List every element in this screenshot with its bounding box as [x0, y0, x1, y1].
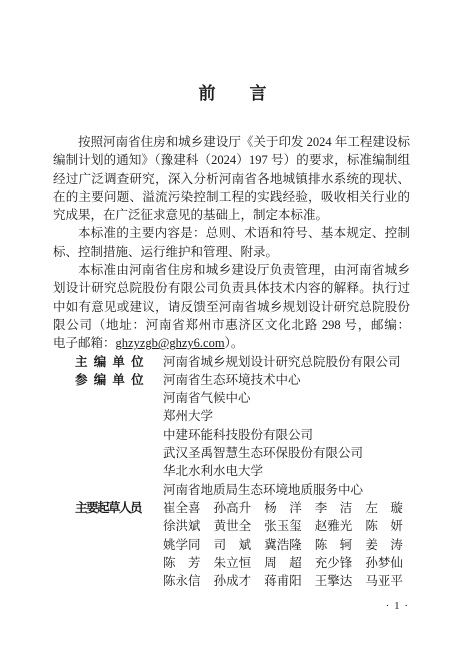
organization-item: 郑州大学 — [163, 407, 363, 425]
paragraph-contents: 本标准的主要内容是：总则、术语和符号、基本规定、控制目 标、控制措施、运行维护和… — [53, 224, 410, 261]
co-editors-list: 河南省生态环境技术中心 河南省气候中心 郑州大学 中建环能科技股份有限公司 武汉… — [163, 371, 363, 499]
document-page: 前 言 按照河南省住房和城乡建设厅《关于印发 2024 年工程建设标准 编制计划… — [0, 0, 465, 671]
organization-item: 河南省气候中心 — [163, 389, 363, 407]
drafter-name: 马亚平 — [365, 572, 416, 590]
text-line: 编制计划的通知》（豫建科（2024）197 号）的要求，标准编制组 — [53, 151, 410, 169]
drafter-name: 孙高升 — [214, 499, 265, 517]
drafter-name: 蒋甫阳 — [264, 572, 315, 590]
drafter-name: 杨 洋 — [264, 499, 315, 517]
chief-editor-label: 主编单位 — [75, 353, 143, 371]
organization-item: 武汉圣禹智慧生态环保股份有限公司 — [163, 444, 363, 462]
preface-content: 按照河南省住房和城乡建设厅《关于印发 2024 年工程建设标准 编制计划的通知》… — [53, 133, 410, 590]
drafter-name: 张玉玺 — [264, 517, 315, 535]
co-editors-label: 参编单位 — [75, 371, 143, 499]
drafter-name: 陈永信 — [163, 572, 214, 590]
text-line: 本标准由河南省住房和城乡建设厅负责管理，由河南省城乡规 — [53, 261, 410, 279]
co-editors-row: 参编单位 河南省生态环境技术中心 河南省气候中心 郑州大学 中建环能科技股份有限… — [75, 371, 410, 499]
text-line: 在的主要问题、溢流污染控制工程的实践经验，吸收相关行业的研 — [53, 188, 410, 206]
drafter-name: 赵雅光 — [315, 517, 366, 535]
email-suffix: ）。 — [225, 336, 244, 350]
drafter-name: 李 洁 — [315, 499, 366, 517]
text-line: 经过广泛调查研究，深入分析河南省各地城镇排水系统的现状、存 — [53, 170, 410, 188]
drafters-name-grid: 崔全喜 孙高升 杨 洋 李 洁 左 璇 徐洪斌 黄世全 张玉玺 赵雅光 陈 妍 … — [163, 499, 416, 590]
drafters-row: 主要起草人员 崔全喜 孙高升 杨 洋 李 洁 左 璇 徐洪斌 黄世全 张玉玺 赵… — [75, 499, 410, 590]
text-line: 中如有意见或建议，请反馈至河南省城乡规划设计研究总院股份有 — [53, 298, 410, 316]
drafter-name: 冀浩隆 — [264, 536, 315, 554]
drafter-name: 陈 轲 — [315, 536, 366, 554]
drafter-name: 司 斌 — [214, 536, 265, 554]
drafter-name: 徐洪斌 — [163, 517, 214, 535]
drafter-name: 姚学同 — [163, 536, 214, 554]
organization-item: 河南省地质局生态环境地质服务中心 — [163, 481, 363, 499]
drafter-name: 孙成才 — [214, 572, 265, 590]
email-prefix: 电子邮箱： — [53, 336, 116, 350]
drafter-name: 周 超 — [264, 554, 315, 572]
drafter-name: 王擎达 — [315, 572, 366, 590]
drafter-name: 崔全喜 — [163, 499, 214, 517]
chief-editor-value: 河南省城乡规划设计研究总院股份有限公司 — [163, 353, 401, 371]
paragraph-management: 本标准由河南省住房和城乡建设厅负责管理，由河南省城乡规 划设计研究总院股份有限公… — [53, 261, 410, 352]
drafter-name: 充少锋 — [315, 554, 366, 572]
text-line: 按照河南省住房和城乡建设厅《关于印发 2024 年工程建设标准 — [53, 133, 410, 151]
organization-item: 华北水利水电大学 — [163, 462, 363, 480]
text-line: 本标准的主要内容是：总则、术语和符号、基本规定、控制目 — [53, 224, 410, 242]
drafter-name: 陈 妍 — [365, 517, 416, 535]
drafter-name: 姜 涛 — [365, 536, 416, 554]
text-line: 限公司（地址：河南省郑州市惠济区文化北路 298 号，邮编：450044， — [53, 316, 410, 334]
email-line: 电子邮箱：ghzyzgb@ghzy6.com）。 — [53, 334, 410, 352]
organization-item: 中建环能科技股份有限公司 — [163, 426, 363, 444]
drafters-label: 主要起草人员 — [75, 499, 143, 590]
drafter-name: 陈 芳 — [163, 554, 214, 572]
text-line: 标、控制措施、运行维护和管理、附录。 — [53, 243, 410, 261]
paragraph-basis: 按照河南省住房和城乡建设厅《关于印发 2024 年工程建设标准 编制计划的通知》… — [53, 133, 410, 224]
text-line: 究成果，在广泛征求意见的基础上，制定本标准。 — [53, 206, 410, 224]
drafter-name: 黄世全 — [214, 517, 265, 535]
drafter-name: 左 璇 — [365, 499, 416, 517]
text-line: 划设计研究总院股份有限公司负责具体技术内容的解释。执行过程 — [53, 279, 410, 297]
page-title: 前 言 — [0, 84, 465, 104]
drafter-name: 孙梦仙 — [365, 554, 416, 572]
drafter-name: 朱立恒 — [214, 554, 265, 572]
organization-item: 河南省生态环境技术中心 — [163, 371, 363, 389]
page-number: · 1 · — [386, 600, 409, 612]
email-link[interactable]: ghzyzgb@ghzy6.com — [116, 336, 225, 350]
chief-editor-row: 主编单位 河南省城乡规划设计研究总院股份有限公司 — [75, 353, 410, 371]
